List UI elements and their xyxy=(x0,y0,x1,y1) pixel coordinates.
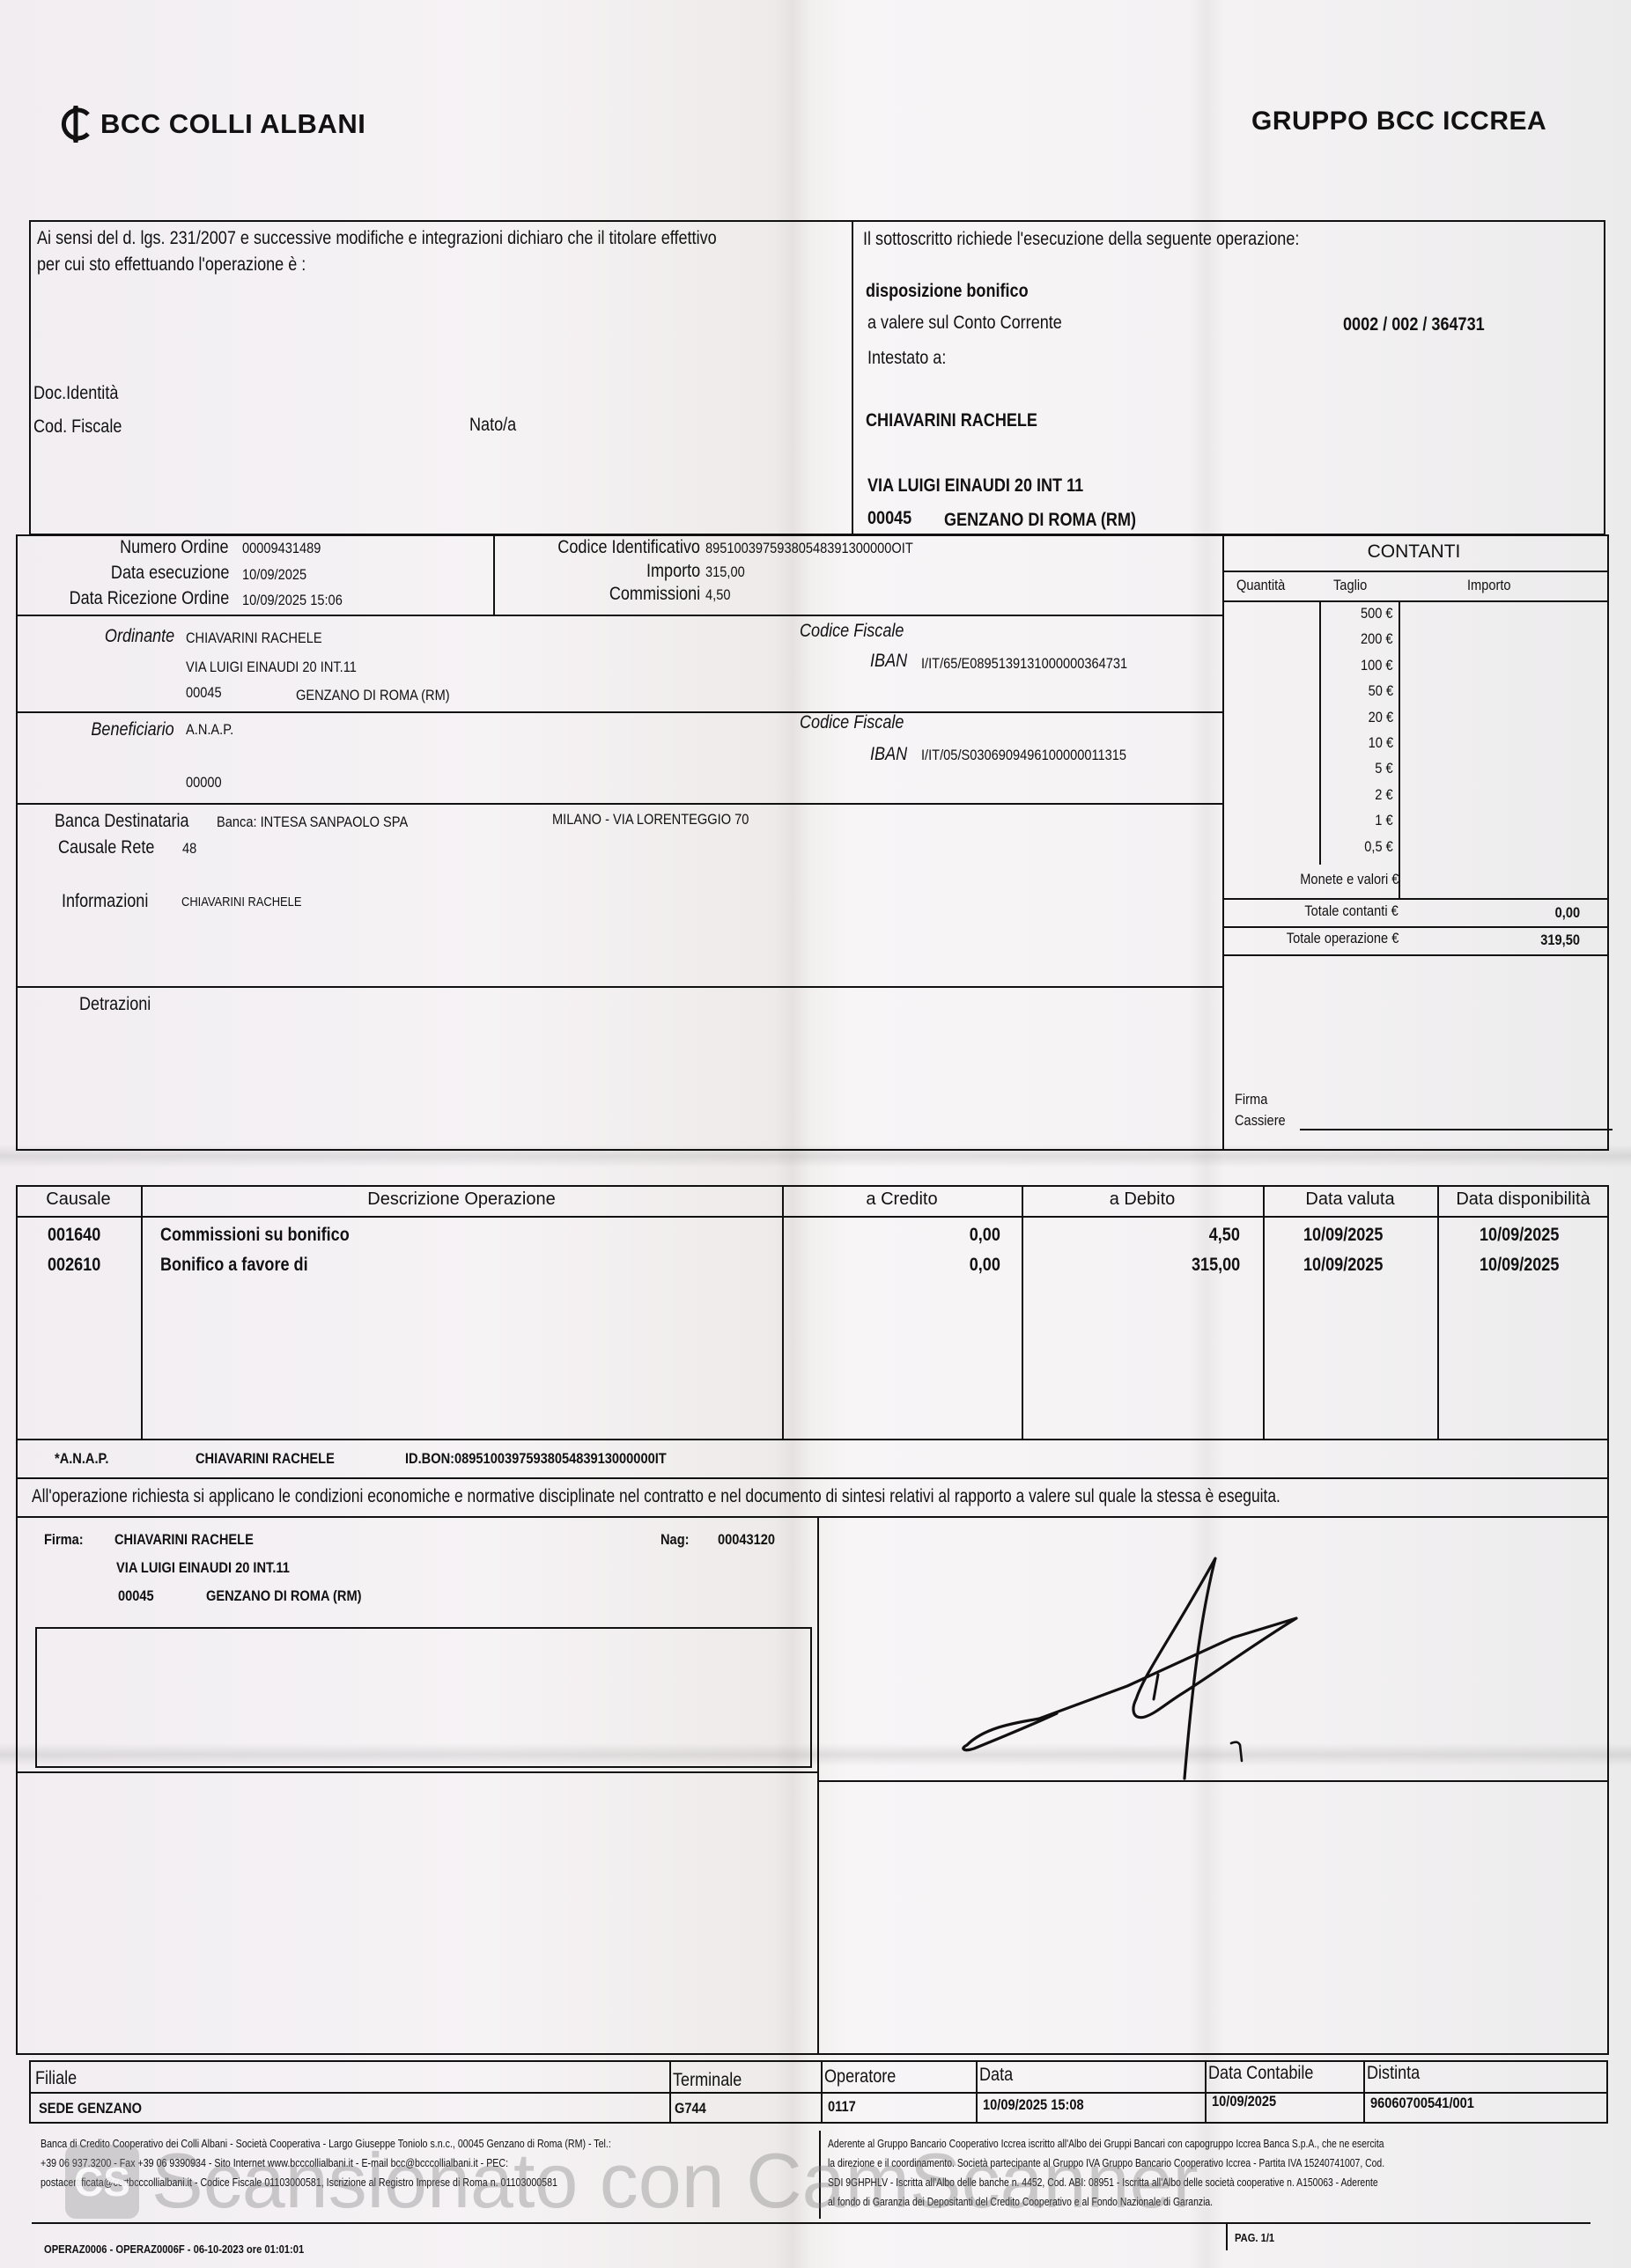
ordinante-cap: 00045 xyxy=(186,685,222,700)
causale-rete: 48 xyxy=(182,841,196,856)
cell-descrizione: Bonifico a favore di xyxy=(160,1255,308,1274)
beneficiario-cap: 00000 xyxy=(186,775,222,790)
camscanner-watermark: Scansionato con CamScanner xyxy=(151,2136,1199,2226)
col-taglio: Taglio xyxy=(1333,578,1367,593)
commissioni-value: 4,50 xyxy=(705,587,730,602)
header-debito: a Debito xyxy=(1022,1190,1263,1208)
beneficiario-iban-label: IBAN xyxy=(870,745,907,763)
ordinante-address: VIA LUIGI EINAUDI 20 INT.11 xyxy=(186,659,357,674)
denomination-label: 100 € xyxy=(1361,658,1393,673)
ordinante-label: Ordinante xyxy=(105,627,174,645)
distinta-value: 96060700541/001 xyxy=(1370,2095,1474,2110)
firma-cap: 00045 xyxy=(118,1588,154,1603)
operatore-value: 0117 xyxy=(828,2099,856,2114)
form-code: OPERAZ0006 - OPERAZ0006F - 06-10-2023 or… xyxy=(44,2243,304,2255)
nag-value: 00043120 xyxy=(718,1532,775,1547)
header-causale: Causale xyxy=(16,1190,141,1208)
totale-operazione: 319,50 xyxy=(1540,932,1580,947)
filiale-label: Filiale xyxy=(35,2069,77,2088)
ordinante-cf-label: Codice Fiscale xyxy=(800,622,904,640)
account-label: a valere sul Conto Corrente xyxy=(867,313,1062,332)
cashier-signature-line[interactable] xyxy=(1300,1129,1613,1130)
denomination-label: 50 € xyxy=(1369,683,1393,698)
denomination-label: 0,5 € xyxy=(1364,839,1393,854)
bcc-logo-icon xyxy=(58,104,97,144)
distinta-label: Distinta xyxy=(1367,2064,1420,2082)
data-value: 10/09/2025 15:08 xyxy=(983,2097,1084,2112)
account-number: 0002 / 002 / 364731 xyxy=(1343,315,1485,334)
numero-ordine-label: Numero Ordine xyxy=(121,538,229,556)
terminale-value: G744 xyxy=(675,2101,706,2116)
data-ricezione-label: Data Ricezione Ordine xyxy=(69,589,229,607)
denomination-label: 200 € xyxy=(1361,631,1393,646)
monete-label: Monete e valori € xyxy=(1300,872,1399,887)
denomination-label: 2 € xyxy=(1376,787,1393,802)
filiale-value: SEDE GENZANO xyxy=(39,2101,142,2116)
numero-ordine: 00009431489 xyxy=(242,541,321,556)
conditions-text: All'operazione richiesta si applicano le… xyxy=(32,1487,1280,1506)
denomination-label: 5 € xyxy=(1376,761,1393,776)
cell-valuta: 10/09/2025 xyxy=(1303,1255,1383,1274)
firma-label: Firma: xyxy=(44,1532,84,1547)
header-credito: a Credito xyxy=(782,1190,1022,1208)
cell-valuta: 10/09/2025 xyxy=(1303,1226,1383,1244)
data-ricezione: 10/09/2025 15:06 xyxy=(242,593,343,607)
cell-credito: 0,00 xyxy=(970,1255,1000,1274)
holder-name: CHIAVARINI RACHELE xyxy=(866,411,1037,430)
request-intro: Il sottoscritto richiede l'esecuzione de… xyxy=(863,230,1299,248)
data-label: Data xyxy=(979,2065,1013,2084)
holder-city: GENZANO DI ROMA (RM) xyxy=(944,511,1136,529)
customer-signature xyxy=(951,1550,1444,1814)
camscanner-badge-icon: CS xyxy=(65,2145,139,2219)
cell-debito: 315,00 xyxy=(1192,1255,1240,1274)
ordinante-iban-label: IBAN xyxy=(870,652,907,670)
cell-credito: 0,00 xyxy=(970,1226,1000,1244)
page-number: PAG. 1/1 xyxy=(1235,2232,1274,2243)
beneficiario-cf-label: Codice Fiscale xyxy=(800,713,904,732)
movements-table xyxy=(16,1185,1609,1440)
bank-name: BCC COLLI ALBANI xyxy=(100,108,365,140)
cell-disponibilita: 10/09/2025 xyxy=(1480,1255,1559,1274)
ref-ordering: CHIAVARINI RACHELE xyxy=(196,1451,335,1466)
ordinante-city: GENZANO DI ROMA (RM) xyxy=(296,688,450,703)
ref-id-bon: ID.BON:0895100397593805483913000000IT xyxy=(405,1451,667,1466)
denomination-label: 1 € xyxy=(1376,813,1393,828)
denomination-label: 20 € xyxy=(1369,710,1393,725)
nag-label: Nag: xyxy=(661,1532,689,1547)
cell-causale: 001640 xyxy=(48,1226,100,1244)
commissioni-label: Commissioni xyxy=(609,585,700,603)
nato-label: Nato/a xyxy=(469,416,516,434)
signature-input-box[interactable] xyxy=(35,1627,812,1768)
declaration-text: Ai sensi del d. lgs. 231/2007 e successi… xyxy=(37,229,717,247)
codice-identificativo-label: Codice Identificativo xyxy=(557,538,700,556)
contanti-title: CONTANTI xyxy=(1222,542,1605,561)
cell-causale: 002610 xyxy=(48,1255,100,1274)
declaration-text: per cui sto effettuando l'operazione è : xyxy=(37,255,306,274)
header-descrizione: Descrizione Operazione xyxy=(141,1190,782,1208)
data-esecuzione: 10/09/2025 xyxy=(242,567,306,582)
firma-name: CHIAVARINI RACHELE xyxy=(114,1532,254,1547)
beneficiario-name: A.N.A.P. xyxy=(186,722,233,737)
cell-disponibilita: 10/09/2025 xyxy=(1480,1226,1559,1244)
beneficiario-iban: I/IT/05/S0306909496100000011315 xyxy=(921,747,1126,762)
cell-debito: 4,50 xyxy=(1209,1226,1240,1244)
doc-identita-label: Doc.Identità xyxy=(33,384,118,402)
banca-name: Banca: INTESA SANPAOLO SPA xyxy=(217,814,408,829)
denomination-label: 500 € xyxy=(1361,606,1393,621)
holder-address: VIA LUIGI EINAUDI 20 INT 11 xyxy=(867,476,1083,495)
cell-descrizione: Commissioni su bonifico xyxy=(160,1226,350,1244)
operation-type: disposizione bonifico xyxy=(866,282,1029,300)
firma-cassiere-label: Firma xyxy=(1235,1092,1267,1107)
data-esecuzione-label: Data esecuzione xyxy=(110,563,229,582)
data-contabile-value: 10/09/2025 xyxy=(1212,2094,1276,2109)
banca-destinataria-label: Banca Destinataria xyxy=(55,812,189,830)
causale-rete-label: Causale Rete xyxy=(58,838,154,857)
data-contabile-label: Data Contabile xyxy=(1208,2064,1313,2082)
operatore-label: Operatore xyxy=(824,2067,896,2086)
informazioni-label: Informazioni xyxy=(62,892,148,910)
col-importo: Importo xyxy=(1467,578,1511,593)
terminale-label: Terminale xyxy=(673,2071,742,2089)
ordinante-iban: I/IT/65/E0895139131000000364731 xyxy=(921,656,1127,671)
banca-address: MILANO - VIA LORENTEGGIO 70 xyxy=(552,812,749,827)
header-data-disponibilita: Data disponibilità xyxy=(1437,1190,1609,1208)
codice-identificativo: 89510039759380548391300000OIT xyxy=(705,541,913,556)
cod-fiscale-label: Cod. Fiscale xyxy=(33,417,122,436)
bank-header: BCC COLLI ALBANI xyxy=(58,104,365,144)
totale-contanti: 0,00 xyxy=(1555,905,1580,920)
holder-label: Intestato a: xyxy=(867,349,946,367)
importo-value: 315,00 xyxy=(705,564,745,579)
firma-cassiere-label: Cassiere xyxy=(1235,1113,1286,1128)
beneficiario-label: Beneficiario xyxy=(92,720,174,739)
ref-beneficiary: *A.N.A.P. xyxy=(55,1451,108,1466)
informazioni-value: CHIAVARINI RACHELE xyxy=(181,895,301,909)
denomination-label: 10 € xyxy=(1369,735,1393,750)
ordinante-name: CHIAVARINI RACHELE xyxy=(186,630,322,645)
col-quantita: Quantità xyxy=(1236,578,1285,593)
holder-cap: 00045 xyxy=(867,509,911,527)
group-name: GRUPPO BCC ICCREA xyxy=(1251,107,1546,136)
importo-label: Importo xyxy=(646,562,700,580)
header-data-valuta: Data valuta xyxy=(1263,1190,1437,1208)
totale-contanti-label: Totale contanti € xyxy=(1305,903,1399,918)
detrazioni-label: Detrazioni xyxy=(79,995,151,1013)
totale-operazione-label: Totale operazione € xyxy=(1286,931,1399,946)
firma-address: VIA LUIGI EINAUDI 20 INT.11 xyxy=(116,1560,290,1575)
firma-city: GENZANO DI ROMA (RM) xyxy=(206,1588,362,1603)
